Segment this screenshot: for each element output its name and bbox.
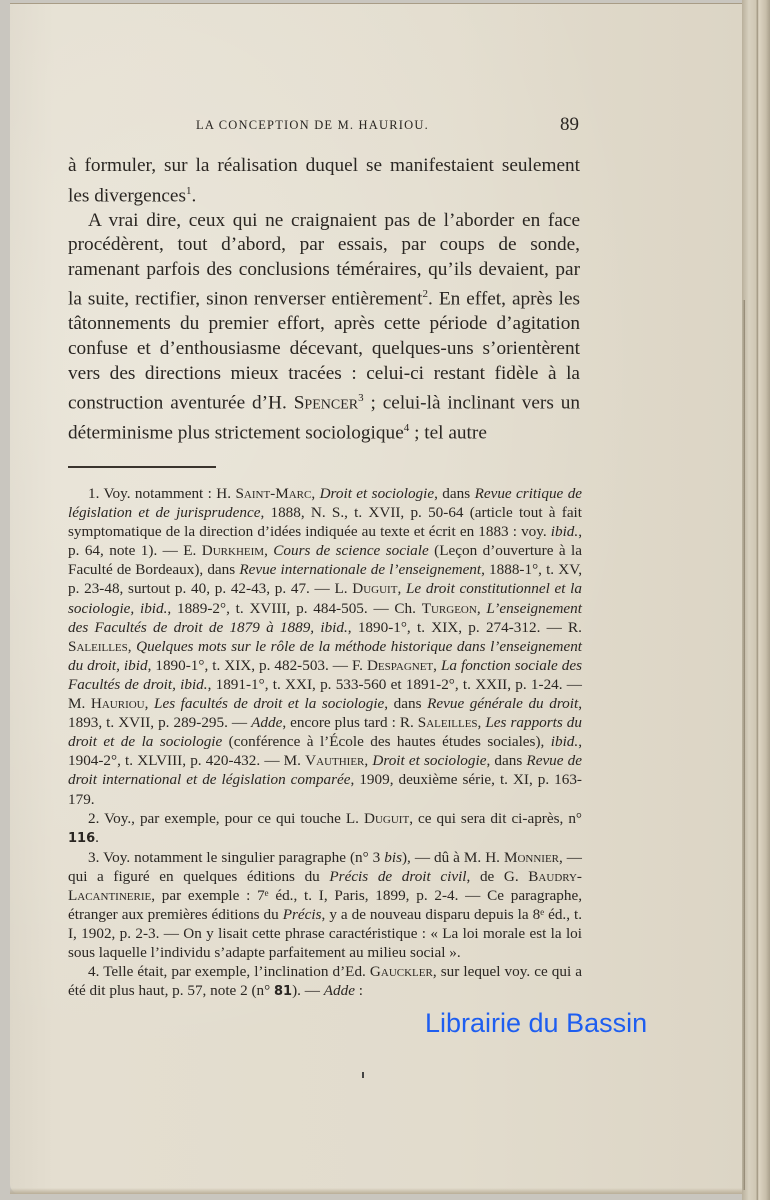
footnote-1: 1. Voy. notamment : H. Saint-Marc, Droit…	[68, 484, 582, 809]
author-name: Hauriou	[91, 695, 145, 712]
text-segment: ), — dû à M. H.	[402, 849, 504, 866]
footnotes: 1. Voy. notamment : H. Saint-Marc, Droit…	[68, 484, 582, 1002]
text-segment: Droit et sociologie	[320, 485, 435, 502]
text-segment: .	[191, 185, 196, 206]
footnote-4: 4. Telle était, par exemple, l’inclinati…	[68, 962, 582, 1001]
author-name: Durkheim	[202, 542, 264, 559]
text-segment: à formuler, sur la réalisation duquel se…	[68, 155, 580, 206]
text-segment: , dans	[384, 695, 427, 712]
text-segment: , ce qui sera dit ci-après, n°	[409, 810, 582, 827]
text-segment: Précis	[283, 906, 322, 923]
text-segment: bis	[384, 849, 402, 866]
text-segment: ,	[433, 657, 441, 674]
text-segment: , dans	[434, 485, 474, 502]
author-name: Monnier	[504, 849, 559, 866]
page-edges	[742, 0, 770, 1200]
ink-mark	[362, 1072, 364, 1078]
text-segment: , dans	[486, 752, 526, 769]
text-segment: .	[95, 829, 99, 846]
text-segment: ; tel autre	[409, 423, 487, 444]
text-segment: 1. Voy. notamment : H.	[88, 485, 235, 502]
text-segment: Adde	[324, 982, 355, 999]
text-segment: ,	[264, 542, 273, 559]
author-name: Despagnet	[367, 657, 433, 674]
text-segment: 2. Voy., par exemple, pour ce qui touche…	[88, 810, 364, 827]
text-segment: , encore plus tard : R.	[282, 714, 417, 731]
text-segment: 4. Telle était, par exemple, l’inclinati…	[88, 963, 370, 980]
author-name: Spencer	[294, 393, 358, 414]
text-segment: Précis de droit civil	[329, 868, 466, 885]
author-name: Saint-Marc	[235, 485, 311, 502]
author-name: Gauckler	[370, 963, 433, 980]
author-name: Turgeon	[422, 600, 477, 617]
text-segment: 81	[274, 984, 292, 999]
text-segment: 116	[68, 831, 95, 846]
text-segment: ,	[397, 580, 406, 597]
text-segment: Adde	[251, 714, 282, 731]
text-segment: , 1889-2°, t. XVIII, p. 484-505. — Ch.	[167, 600, 421, 617]
footnote-3: 3. Voy. notamment le singulier paragraph…	[68, 848, 582, 963]
text-segment: 3. Voy. notamment le singulier paragraph…	[88, 849, 384, 866]
author-name: Saleilles	[68, 638, 128, 655]
text-segment: Droit et sociologie	[372, 752, 486, 769]
text-segment: (conférence à l’École des hautes études …	[222, 733, 551, 750]
text-segment: Revue internationale de l’enseignement	[239, 561, 481, 578]
text-segment: Revue générale du droit	[427, 695, 578, 712]
body-paragraph: à formuler, sur la réalisation duquel se…	[68, 154, 580, 209]
body-paragraph: A vrai dire, ceux qui ne craignaient pas…	[68, 209, 580, 447]
text-segment: ibid.	[551, 733, 578, 750]
text-segment: , de G.	[467, 868, 529, 885]
author-name: Duguit	[352, 580, 397, 597]
footnote-2: 2. Voy., par exemple, pour ce qui touche…	[68, 809, 582, 848]
text-segment: ,	[477, 600, 487, 617]
author-name: Duguit	[364, 810, 409, 827]
text-segment: ibid.	[551, 523, 578, 540]
text-segment: ,	[145, 695, 154, 712]
text-segment: ). —	[292, 982, 324, 999]
watermark: Librairie du Bassin	[425, 1008, 647, 1039]
text-segment: :	[355, 982, 363, 999]
text-segment: ,	[311, 485, 319, 502]
footnote-rule	[68, 466, 216, 468]
text-segment: Cours de science sociale	[273, 542, 428, 559]
text-segment: , 1890-1°, t. XIX, p. 274-312. — R.	[348, 619, 582, 636]
running-header: La conception de M. Hauriou.	[196, 118, 429, 133]
author-name: Vauthier	[305, 752, 364, 769]
page-number: 89	[560, 114, 579, 136]
text-segment: Les facultés de droit et la sociologie	[154, 695, 384, 712]
text-segment: , 1890-1°, t. XIX, p. 482-503. — F.	[148, 657, 367, 674]
text-segment: ,	[128, 638, 136, 655]
author-name: Saleilles	[418, 714, 478, 731]
body-text: à formuler, sur la réalisation duquel se…	[68, 154, 580, 446]
